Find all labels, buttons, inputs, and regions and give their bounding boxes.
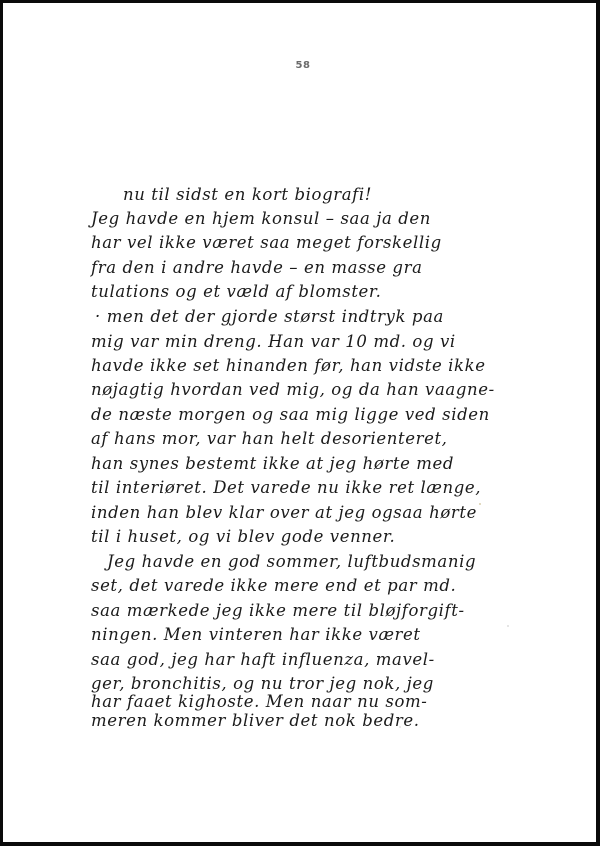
scanned-page: 58 nu til sidst en kort biografi! Jeg ha… [0,0,600,846]
handwritten-line: ger, bronchitis, og nu tror jeg nok, jeg [91,674,434,694]
handwritten-line: set, det varede ikke mere end et par md. [91,576,456,596]
handwritten-line: Jeg havde en hjem konsul – saa ja den [91,209,431,229]
handwritten-line: meren kommer bliver det nok bedre. [91,711,420,731]
handwritten-line: nu til sidst en kort biografi! [123,185,372,205]
handwritten-line: til interiøret. Det varede nu ikke ret l… [91,478,481,498]
handwritten-line: af hans mor, var han helt desorienteret, [91,429,448,449]
handwritten-line: har faaet kighoste. Men naar nu som- [91,692,427,712]
paper-speck [399,726,401,728]
handwritten-line: nøjagtig hvordan ved mig, og da han vaag… [91,380,495,400]
handwritten-line: Jeg havde en god sommer, luftbudsmanig [107,552,476,572]
paper-speck [479,503,481,505]
handwritten-line: til i huset, og vi blev gode venner. [91,527,395,547]
handwritten-line: saa god, jeg har haft influenza, mavel- [91,650,435,670]
handwritten-line: inden han blev klar over at jeg ogsaa hø… [91,503,477,523]
paper-speck [507,625,509,627]
handwritten-line: mig var min dreng. Han var 10 md. og vi [91,332,456,352]
handwritten-line: havde ikke set hinanden før, han vidste … [91,356,486,376]
handwritten-line: tulations og et væld af blomster. [91,282,381,302]
handwritten-line: ningen. Men vinteren har ikke været [91,625,421,645]
handwritten-line: har vel ikke været saa meget forskellig [91,233,442,253]
handwritten-line: fra den i andre havde – en masse gra [91,258,423,278]
handwritten-line: de næste morgen og saa mig ligge ved sid… [91,405,490,425]
handwritten-text-block: nu til sidst en kort biografi! Jeg havde… [3,3,600,846]
handwritten-line: saa mærkede jeg ikke mere til bløjforgif… [91,601,465,621]
handwritten-line: han synes bestemt ikke at jeg hørte med [91,454,454,474]
handwritten-line: · men det der gjorde størst indtryk paa [95,307,444,327]
